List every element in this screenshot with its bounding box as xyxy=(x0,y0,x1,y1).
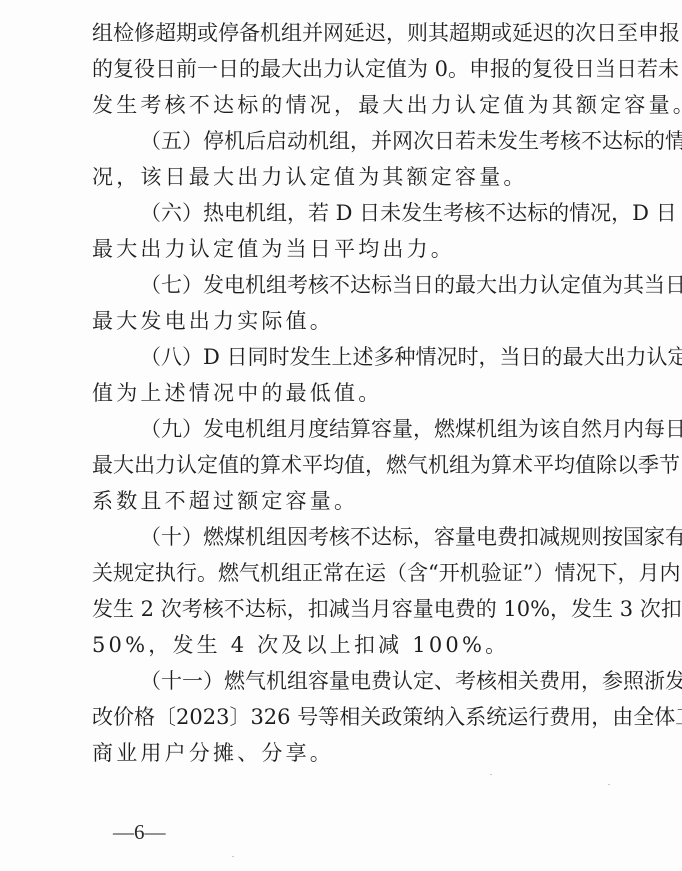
text-line: 值为上述情况中的最低值。 xyxy=(92,378,618,408)
text-line: 最大出力认定值为当日平均出力。 xyxy=(92,234,618,264)
text-line: 发生 2 次考核不达标，扣减当月容量电费的 10%，发生 3 次扣减 xyxy=(92,594,618,624)
scan-speck xyxy=(490,774,492,775)
text-line: 最大出力认定值的算术平均值，燃气机组为算术平均值除以季节 xyxy=(92,450,618,480)
text-line: 商业用户分摊、分享。 xyxy=(92,738,618,768)
item-5-heading-line: （五）停机后启动机组，并网次日若未发生考核不达标的情 xyxy=(140,126,618,156)
text-line: 系数且不超过额定容量。 xyxy=(92,486,618,516)
item-6-heading-line: （六）热电机组，若 D 日未发生考核不达标的情况，D 日 xyxy=(140,198,618,228)
item-8-heading-line: （八）D 日同时发生上述多种情况时，当日的最大出力认定 xyxy=(140,342,618,372)
text-line: 发生考核不达标的情况，最大出力认定值为其额定容量。 xyxy=(92,90,618,120)
item-11-heading-line: （十一）燃气机组容量电费认定、考核相关费用，参照浙发 xyxy=(140,666,618,696)
item-7-heading-line: （七）发电机组考核不达标当日的最大出力认定值为其当日 xyxy=(140,270,618,300)
text-line: 50%，发生 4 次及以上扣减 100%。 xyxy=(92,630,618,660)
text-line: 改价格〔2023〕326 号等相关政策纳入系统运行费用，由全体工 xyxy=(92,702,618,732)
text-line: 最大发电出力实际值。 xyxy=(92,306,618,336)
page-number: —6— xyxy=(113,818,166,846)
scan-speck xyxy=(608,784,610,785)
text-line: 的复役日前一日的最大出力认定值为 0。申报的复役日当日若未 xyxy=(92,54,618,84)
item-10-heading-line: （十）燃煤机组因考核不达标，容量电费扣减规则按国家有 xyxy=(140,522,618,552)
text-line: 况，该日最大出力认定值为其额定容量。 xyxy=(92,162,618,192)
scan-speck xyxy=(232,856,234,857)
document-page: 组检修超期或停备机组并网延迟，则其超期或延迟的次日至申报 的复役日前一日的最大出… xyxy=(0,0,682,871)
text-line: 关规定执行。燃气机组正常在运（含“开机验证”）情况下，月内 xyxy=(92,558,618,588)
text-line: 组检修超期或停备机组并网延迟，则其超期或延迟的次日至申报 xyxy=(92,18,618,48)
item-9-heading-line: （九）发电机组月度结算容量，燃煤机组为该自然月内每日 xyxy=(140,414,618,444)
